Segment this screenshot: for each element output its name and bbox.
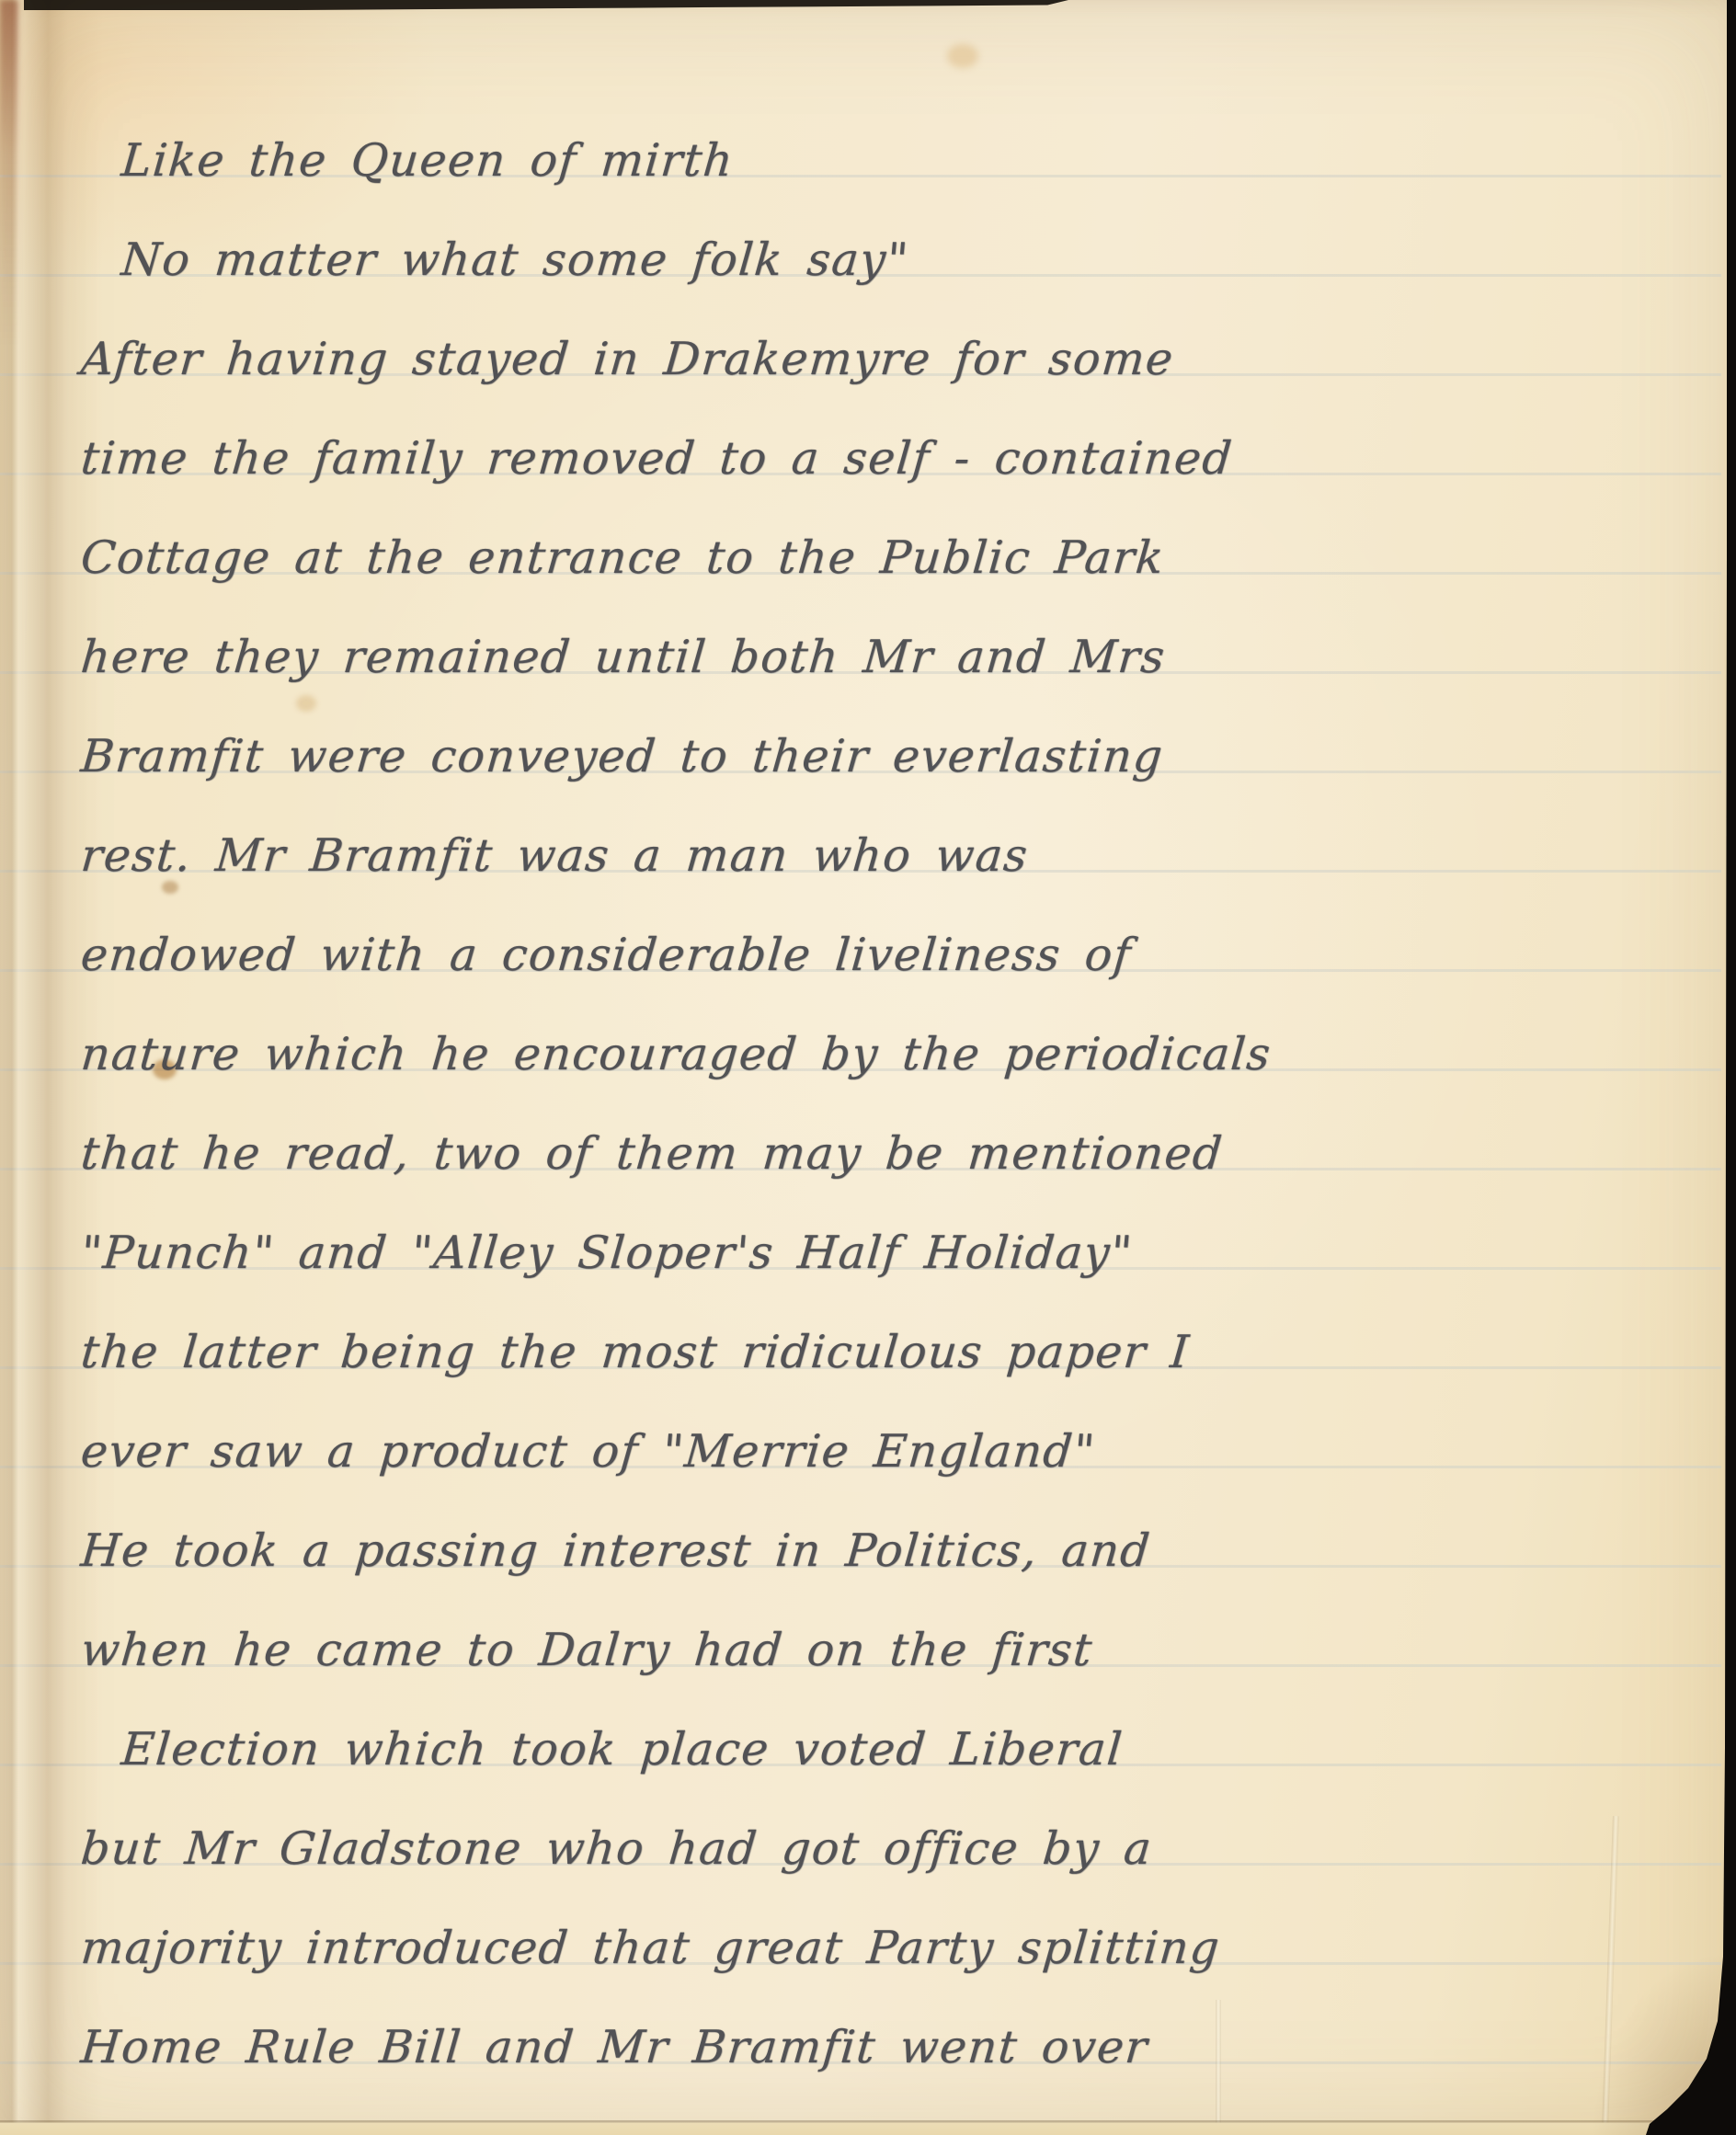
handwriting: Like the Queen of mirthNo matter what so… [0,0,1736,2135]
handwritten-line: majority introduced that great Party spl… [79,1925,1222,1970]
handwritten-line: "Punch" and "Alley Sloper's Half Holiday… [79,1230,1135,1275]
handwritten-line: but Mr Gladstone who had got office by a [79,1826,1154,1871]
handwritten-line: Bramfit were conveyed to their everlasti… [79,734,1165,779]
handwritten-line: rest. Mr Bramfit was a man who was [79,833,1030,878]
handwritten-line: After having stayed in Drakemyre for som… [79,337,1176,382]
scanned-notebook-page: Like the Queen of mirthNo matter what so… [0,0,1736,2135]
handwritten-line: ever saw a product of "Merrie England" [79,1429,1098,1474]
handwritten-line: when he came to Dalry had on the first [79,1627,1095,1673]
handwritten-line: Election which took place voted Liberal [120,1727,1125,1772]
handwritten-line: He took a passing interest in Politics, … [79,1528,1153,1573]
handwritten-line: Like the Queen of mirth [120,138,736,183]
handwritten-line: here they remained until both Mr and Mrs [79,634,1168,679]
page-bottom-edge [0,2120,1736,2135]
handwritten-line: time the family removed to a self - cont… [79,436,1235,481]
handwritten-line: nature which he encouraged by the period… [79,1032,1273,1077]
notebook-paper: Like the Queen of mirthNo matter what so… [0,0,1736,2135]
handwritten-line: that he read, two of them may be mention… [79,1131,1225,1176]
handwritten-line: the latter being the most ridiculous pap… [79,1330,1192,1375]
handwritten-line: endowed with a considerable liveliness o… [79,932,1134,977]
handwritten-line: No matter what some folk say" [120,237,911,282]
handwritten-line: Cottage at the entrance to the Public Pa… [79,535,1167,580]
handwritten-line: Home Rule Bill and Mr Bramfit went over [79,2025,1150,2070]
